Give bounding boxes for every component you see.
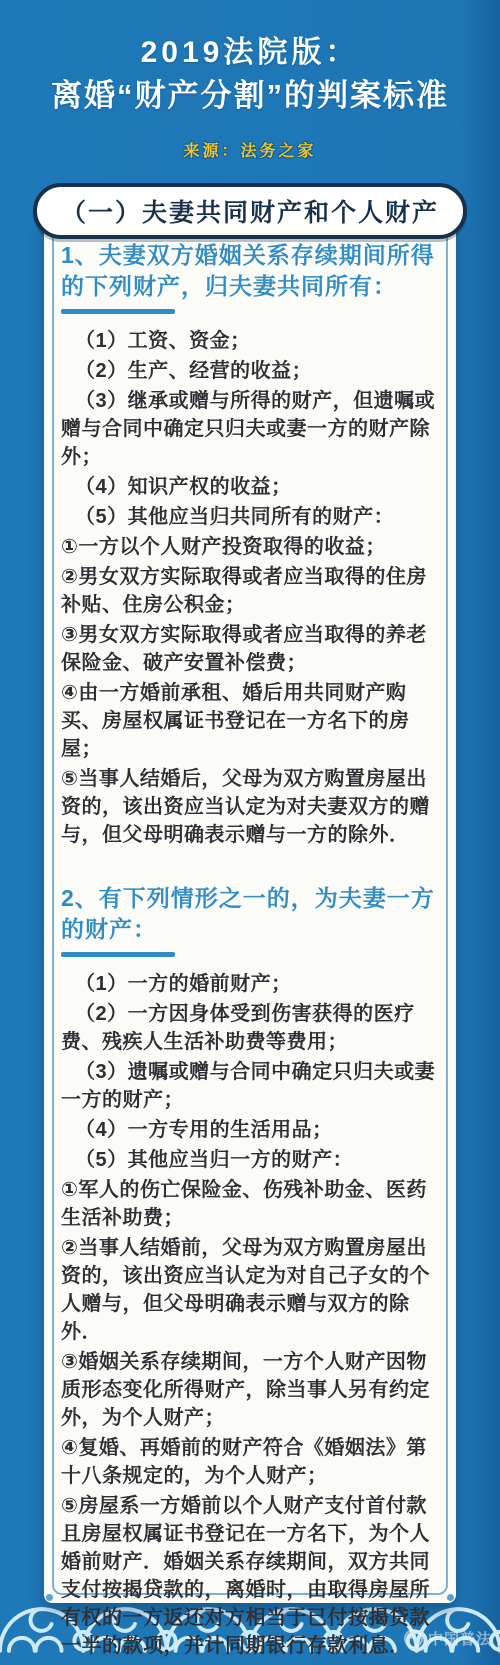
list-item: （5）其他应当归一方的财产： [61,1146,439,1174]
page-title-line2: 离婚“财产分割”的判案标准 [0,76,500,116]
list-item: ④复婚、再婚前的财产符合《婚姻法》第十八条规定的，为个人财产； [61,1434,439,1490]
list-item: ②男女双方实际取得或者应当取得的住房补贴、住房公积金； [61,563,439,619]
list-item: ⑤当事人结婚后，父母为双方购置房屋出资的，该出资应当认定为对夫妻双方的赠与，但父… [61,765,439,849]
block-heading: 2、有下列情形之一的，为夫妻一方的财产： [61,883,439,945]
heading-underline [61,952,175,957]
list-item: （3）遗嘱或赠与合同中确定只归夫或妻一方的财产； [61,1058,439,1114]
publisher-watermark: 中国普法 [404,1628,492,1649]
block-heading: 1、夫妻双方婚姻关系存续期间所得的下列财产，归夫妻共同所有： [61,240,439,302]
list-item: （3）继承或赠与所得的财产，但遗嘱或赠与合同中确定只归夫或妻一方的财产除外； [61,387,439,471]
list-item: ⑤房屋系一方婚前以个人财产支付首付款且房屋权属证书登记在一方名下，为个人婚前财产… [61,1492,439,1660]
list-item: （4）知识产权的收益； [61,473,439,501]
list-item: （4）一方专用的生活用品； [61,1116,439,1144]
list-item: ①一方以个人财产投资取得的收益； [61,533,439,561]
content-panel: 1、夫妻双方婚姻关系存续期间所得的下列财产，归夫妻共同所有： （1）工资、资金；… [44,214,456,1603]
list-item: ②当事人结婚前，父母为双方购置房屋出资的，该出资应当认定为对自己子女的个人赠与，… [61,1234,439,1346]
list-item: ①军人的伤亡保险金、伤残补助金、医药生活补助费； [61,1176,439,1232]
section-block-1: 1、夫妻双方婚姻关系存续期间所得的下列财产，归夫妻共同所有： （1）工资、资金；… [61,240,439,849]
list-item: （5）其他应当归共同所有的财产： [61,503,439,531]
panel-content: 1、夫妻双方婚姻关系存续期间所得的下列财产，归夫妻共同所有： （1）工资、资金；… [44,214,456,1662]
list-item: （1）工资、资金； [61,327,439,355]
list-item: ③男女双方实际取得或者应当取得的养老保险金、破产安置补偿费； [61,621,439,677]
source-credit: 来源：法务之家 [0,138,500,161]
list-item: （2）一方因身体受到伤害获得的医疗费、残疾人生活补助费等费用； [61,1000,439,1056]
list-item: ④由一方婚前承租、婚后用共同财产购买、房屋权属证书登记在一方名下的房屋； [61,679,439,763]
list-item: （2）生产、经营的收益； [61,357,439,385]
section-badge: （一）夫妻共同财产和个人财产 [33,183,467,239]
publisher-watermark-text: 中国普法 [428,1628,492,1649]
publisher-logo-icon [404,1629,423,1648]
heading-underline [61,309,175,314]
list-item: ③婚姻关系存续期间，一方个人财产因物质形态变化所得财产，除当事人另有约定外，为个… [61,1348,439,1432]
page-header: 2019法院版： 离婚“财产分割”的判案标准 来源：法务之家 [0,0,500,161]
page-title-line1: 2019法院版： [0,34,500,72]
list-item: （1）一方的婚前财产； [61,970,439,998]
section-block-2: 2、有下列情形之一的，为夫妻一方的财产： （1）一方的婚前财产； （2）一方因身… [61,883,439,1660]
